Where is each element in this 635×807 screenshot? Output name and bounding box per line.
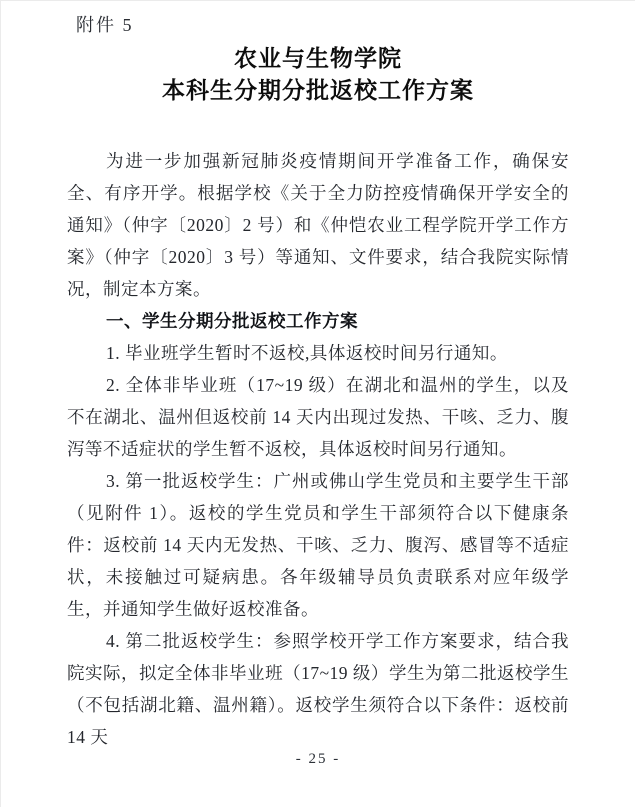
title-line-2: 本科生分期分批返校工作方案 — [1, 74, 635, 106]
list-item-3: 3. 第一批返校学生：广州或佛山学生党员和主要学生干部（见附件 1）。返校的学生… — [67, 465, 569, 625]
section-heading: 一、学生分期分批返校工作方案 — [67, 305, 569, 337]
document-title: 农业与生物学院 本科生分期分批返校工作方案 — [1, 42, 635, 106]
title-line-1: 农业与生物学院 — [1, 42, 635, 74]
attachment-label: 附件 5 — [76, 11, 134, 37]
intro-paragraph: 为进一步加强新冠肺炎疫情期间开学准备工作，确保安全、有序开学。根据学校《关于全力… — [67, 145, 569, 305]
page-number: - 25 - — [1, 751, 635, 768]
list-item-2: 2. 全体非毕业班（17~19 级）在湖北和温州的学生，以及不在湖北、温州但返校… — [67, 369, 569, 465]
list-item-4: 4. 第二批返校学生：参照学校开学工作方案要求，结合我院实际，拟定全体非毕业班（… — [67, 625, 569, 753]
list-item-1: 1. 毕业班学生暂时不返校,具体返校时间另行通知。 — [67, 337, 569, 369]
document-body: 为进一步加强新冠肺炎疫情期间开学准备工作，确保安全、有序开学。根据学校《关于全力… — [67, 145, 569, 753]
document-page: 附件 5 农业与生物学院 本科生分期分批返校工作方案 为进一步加强新冠肺炎疫情期… — [0, 0, 635, 807]
